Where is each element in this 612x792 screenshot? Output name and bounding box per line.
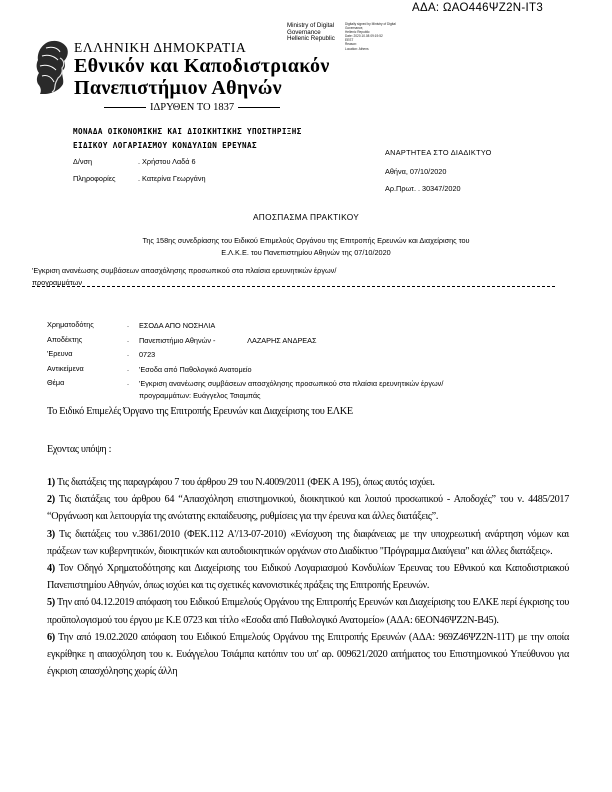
body-having-regard: Εχοντας υπόψη : xyxy=(47,444,569,455)
founded-line: ΙΔΡΥΘΕΝ ΤΟ 1837 xyxy=(104,102,280,113)
meta-value: Πανεπιστήμιο Αθηνών - ΛΑΖΑΡΗΣ ΑΝΔΡΕΑΣ xyxy=(139,335,539,347)
unit-line: ΜΟΝΑΔΑ ΟΙΚΟΝΟΜΙΚΗΣ ΚΑΙ ΔΙΟΙΚΗΤΙΚΗΣ ΥΠΟΣΤ… xyxy=(73,125,302,139)
recipient-person: ΛΑΖΑΡΗΣ ΑΝΔΡΕΑΣ xyxy=(247,336,316,345)
sig-meta-line: Digitally signed by Ministry of Digital … xyxy=(345,22,410,30)
meta-label: Χρηματοδότης xyxy=(47,320,127,329)
meta-label: Αποδέκτης xyxy=(47,335,127,344)
clause-number: 2) xyxy=(47,494,55,505)
session-line: Της 158ης συνεδρίασης του Ειδικού Επιμελ… xyxy=(0,235,612,247)
clause-item: 2) Τις διατάξεις του άρθρου 64 “Απασχόλη… xyxy=(47,491,569,525)
university-seal-icon xyxy=(34,38,70,96)
body-intro: Το Ειδικό Επιμελές Όργανο της Επιτροπής … xyxy=(47,406,569,417)
digital-signature-org: Ministry of Digital Governance Hellenic … xyxy=(287,23,335,43)
metadata-table: Χρηματοδότης . ΕΣΟΔΑ ΑΠΟ ΝΟΣΗΛΙΑ Αποδέκτ… xyxy=(47,320,539,404)
clause-text: Τον Οδηγό Χρηματοδότησης και Διαχείρισης… xyxy=(47,563,569,591)
meta-row-funder: Χρηματοδότης . ΕΣΟΔΑ ΑΠΟ ΝΟΣΗΛΙΑ xyxy=(47,320,539,335)
subject-line: 'Εγκριση ανανέωσης συμβάσεων απασχόλησης… xyxy=(32,265,562,277)
unit-line: ΕΙΔΙΚΟΥ ΛΟΓΑΡΙΑΣΜΟΥ ΚΟΝΔΥΛΙΩΝ ΕΡΕΥΝΑΣ xyxy=(73,139,302,153)
info-label: Πληροφορίες xyxy=(73,174,116,183)
divider xyxy=(104,107,146,108)
meta-value: 0723 xyxy=(139,349,539,361)
meta-sep: . xyxy=(127,378,139,387)
clause-text: Τις διατάξεις του άρθρου 64 “Απασχόληση … xyxy=(47,494,569,522)
founded-text: ΙΔΡΥΘΕΝ ΤΟ 1837 xyxy=(150,102,234,113)
sig-org-line: Hellenic Republic xyxy=(287,36,335,43)
clause-number: 5) xyxy=(47,597,55,608)
info-value: . Κατερίνα Γεωργάνη xyxy=(138,174,206,183)
clause-number: 3) xyxy=(47,529,55,540)
country-name: ΕΛΛΗΝΙΚΗ ΔΗΜΟΚΡΑΤΙΑ xyxy=(74,40,246,56)
session-description: Της 158ης συνεδρίασης του Ειδικού Επιμελ… xyxy=(0,235,612,259)
university-name-line2: Πανεπιστήμιον Αθηνών xyxy=(74,77,282,100)
subject-line: προγραμμάτων xyxy=(32,277,562,289)
university-name-line1: Εθνικόν και Καποδιστριακόν xyxy=(74,55,330,78)
clause-number: 4) xyxy=(47,563,55,574)
ada-header: ΑΔΑ: ΩΑΟ446ΨΖ2Ν-ΙΤ3 xyxy=(412,2,543,14)
meta-sep: . xyxy=(127,335,139,344)
meta-label: Αντικείμενα xyxy=(47,364,127,373)
meta-sep: . xyxy=(127,349,139,358)
meta-label: 'Ερευνα xyxy=(47,349,127,358)
recipient-institution: Πανεπιστήμιο Αθηνών - xyxy=(139,336,215,345)
clause-text: Την από 04.12.2019 απόφαση του Ειδικού Ε… xyxy=(47,597,569,625)
meta-row-research: 'Ερευνα . 0723 xyxy=(47,349,539,364)
meta-label: Θέμα xyxy=(47,378,127,387)
address-label: Δ/νση xyxy=(73,157,92,166)
digital-signature-details: Digitally signed by Ministry of Digital … xyxy=(345,22,410,51)
meta-sep: . xyxy=(127,320,139,329)
session-line: Ε.Λ.Κ.Ε. του Πανεπιστημίου Αθηνών της 07… xyxy=(0,247,612,259)
meta-sep: . xyxy=(127,364,139,373)
dotted-divider xyxy=(32,286,555,287)
document-date: Αθήνα, 07/10/2020 xyxy=(385,167,446,176)
protocol-number: Αρ.Πρωτ. . 30347/2020 xyxy=(385,184,461,193)
clause-text: Τις διατάξεις του ν.3861/2010 (ΦΕΚ.112 Α… xyxy=(47,529,569,557)
clause-item: 3) Τις διατάξεις του ν.3861/2010 (ΦΕΚ.11… xyxy=(47,526,569,560)
meta-row-objects: Αντικείμενα . 'Εσοδα από Παθολογικό Ανατ… xyxy=(47,364,539,379)
clauses-list: 1) Τις διατάξεις της παραγράφου 7 του άρ… xyxy=(47,474,569,680)
meta-value: 'Εγκριση ανανέωσης συμβάσεων απασχόλησης… xyxy=(139,378,469,401)
divider xyxy=(238,107,280,108)
unit-name: ΜΟΝΑΔΑ ΟΙΚΟΝΟΜΙΚΗΣ ΚΑΙ ΔΙΟΙΚΗΤΙΚΗΣ ΥΠΟΣΤ… xyxy=(73,125,302,153)
clause-item: 1) Τις διατάξεις της παραγράφου 7 του άρ… xyxy=(47,474,569,491)
clause-number: 1) xyxy=(47,477,55,488)
posting-notice: ΑΝΑΡΤΗΤΕΑ ΣΤΟ ΔΙΑΔΙΚΤΥΟ xyxy=(385,148,492,157)
address-value: . Χρήστου Λαδά 6 xyxy=(138,157,196,166)
meta-row-subject: Θέμα . 'Εγκριση ανανέωσης συμβάσεων απασ… xyxy=(47,378,539,404)
meta-row-recipient: Αποδέκτης . Πανεπιστήμιο Αθηνών - ΛΑΖΑΡΗ… xyxy=(47,335,539,350)
clause-text: Την από 19.02.2020 απόφαση του Ειδικού Ε… xyxy=(47,632,569,677)
clause-item: 4) Τον Οδηγό Χρηματοδότησης και Διαχείρι… xyxy=(47,560,569,594)
clause-number: 6) xyxy=(47,632,55,643)
clause-item: 6) Την από 19.02.2020 απόφαση του Ειδικο… xyxy=(47,629,569,681)
meta-value: ΕΣΟΔΑ ΑΠΟ ΝΟΣΗΛΙΑ xyxy=(139,320,539,332)
meta-value: 'Εσοδα από Παθολογικό Ανατομείο xyxy=(139,364,539,376)
clause-text: Τις διατάξεις της παραγράφου 7 του άρθρο… xyxy=(55,477,435,488)
sig-meta-line: Location: Athens xyxy=(345,47,410,51)
document-title: ΑΠΟΣΠΑΣΜΑ ΠΡΑΚΤΙΚΟΥ xyxy=(0,212,612,222)
clause-item: 5) Την από 04.12.2019 απόφαση του Ειδικο… xyxy=(47,594,569,628)
